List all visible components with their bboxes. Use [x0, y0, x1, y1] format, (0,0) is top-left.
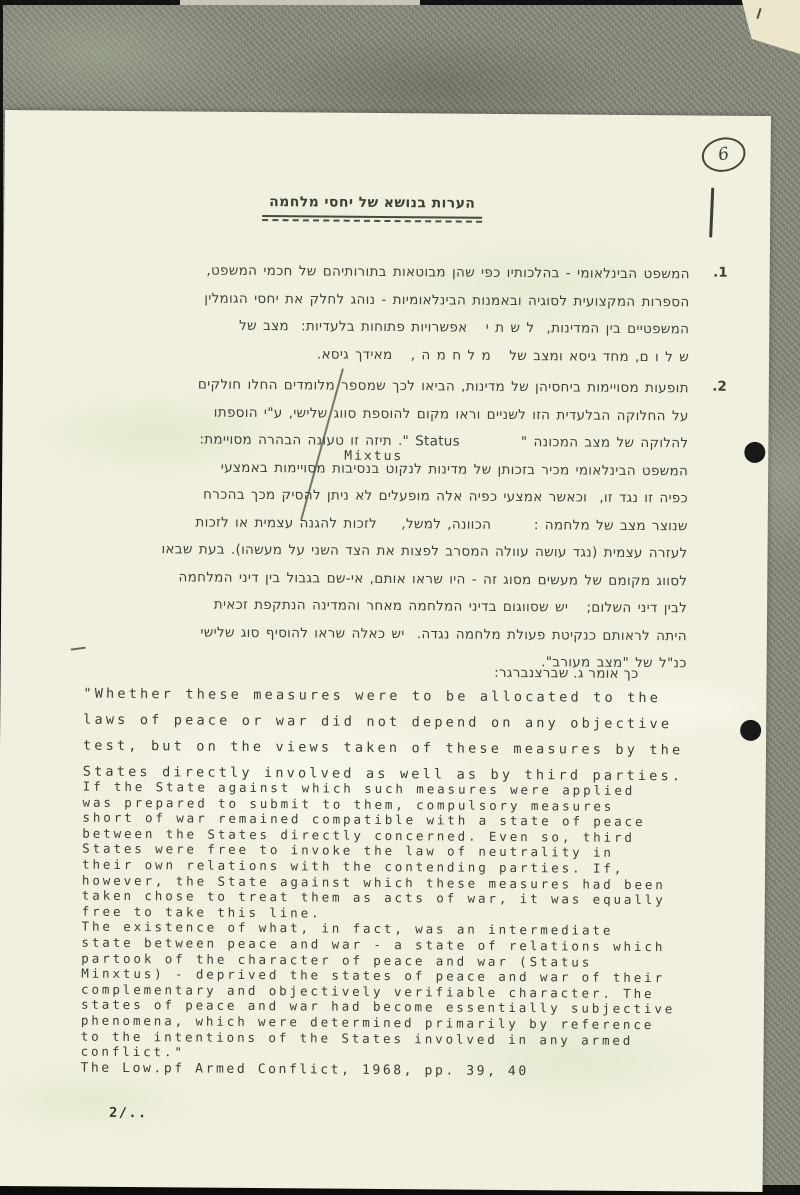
scan-artifact-top-sliver: [180, 0, 420, 5]
paragraph-1: המשפט הבינלאומי - בהלכותיו כפי שהן מבוטא…: [131, 257, 690, 371]
paragraph-1-line: המשפטיים בין המדינות, ל ש ת י אפשרויות פ…: [131, 312, 689, 344]
status-mixtus-second-word: Mixtus: [344, 449, 403, 464]
scanned-document-screenshot: { "annotations": { "page_number": "6" },…: [0, 0, 800, 1195]
quote-attribution: כך אומר ג. שברצנברגר:: [494, 665, 639, 682]
paragraph-2-line: המשפט הבינלאומי מכיר בזכותן של מדינות לנ…: [130, 453, 688, 485]
continuation-mark: 2/..: [109, 1105, 148, 1121]
pen-margin-dash: [71, 647, 86, 651]
pen-vertical-stroke: [709, 188, 714, 238]
paragraph-2-line: תופעות מסויימות ביחסיהן של מדינות, הביאו…: [131, 371, 689, 403]
title-underline-dashed: [262, 219, 482, 223]
document-page: 6 הערות בנושא של יחסי מלחמה 1. המשפט הבי…: [0, 110, 771, 1192]
page-title: הערות בנושא של יחסי מלחמה: [262, 194, 482, 212]
paragraph-2-line: שנוצר מצב של מלחמה : הכוונה, למשל, לזכות…: [130, 508, 688, 540]
paragraph-2-number: 2.: [693, 378, 727, 394]
paragraph-2-line: לעזרה עצמית (נגד עושה עוולה המסרב לפצות …: [129, 536, 687, 568]
punch-hole-dot-top: [744, 442, 765, 463]
quote-intro-block: "Whether these measures were to be alloc…: [83, 681, 684, 790]
page-number-annotation: 6: [716, 144, 731, 166]
handwritten-circled-page-number: 6: [699, 134, 749, 176]
quote-body-block: If the State against which such measures…: [81, 779, 677, 1064]
citation-line: The Low.pf Armed Conflict, 1968, pp. 39,…: [80, 1061, 528, 1080]
paragraph-2-line: לסווג מקומם של מעשים מסוג זה - היו שראו …: [129, 563, 687, 595]
paragraph-2: תופעות מסויימות ביחסיהן של מדינות, הביאו…: [129, 371, 689, 678]
paragraph-2-line: היתה לראותם כנקיטת פעולת מלחמה נגדה. יש …: [129, 618, 687, 650]
paragraph-2-line: להלוקה של מצב המכונה " Status ". תיזה זו…: [130, 426, 688, 458]
punch-hole-dot-bottom: [740, 720, 761, 741]
paragraph-2-line: כפיה זו נגד זו, וכאשר אמצעי כפיה אלה מופ…: [130, 481, 688, 513]
title-underline-solid: [262, 215, 482, 219]
paragraph-2-line: לבין דיני השלום; יש שסווגום בדיני המלחמה…: [129, 591, 687, 623]
paragraph-2-line: על החלוקה הבלעדית הזו לשניים וראו מקום ל…: [131, 398, 689, 430]
paragraph-1-line: המשפט הבינלאומי - בהלכותיו כפי שהן מבוטא…: [132, 257, 690, 289]
paragraph-1-line: הספרות המקצועית לסוגיה ובאמנות הבינלאומי…: [131, 284, 689, 316]
paragraph-1-line: ש ל ו ם, מחד גיסא ומצב של מ ל ח מ ה , מא…: [131, 339, 689, 371]
paragraph-1-number: 1.: [694, 264, 728, 280]
